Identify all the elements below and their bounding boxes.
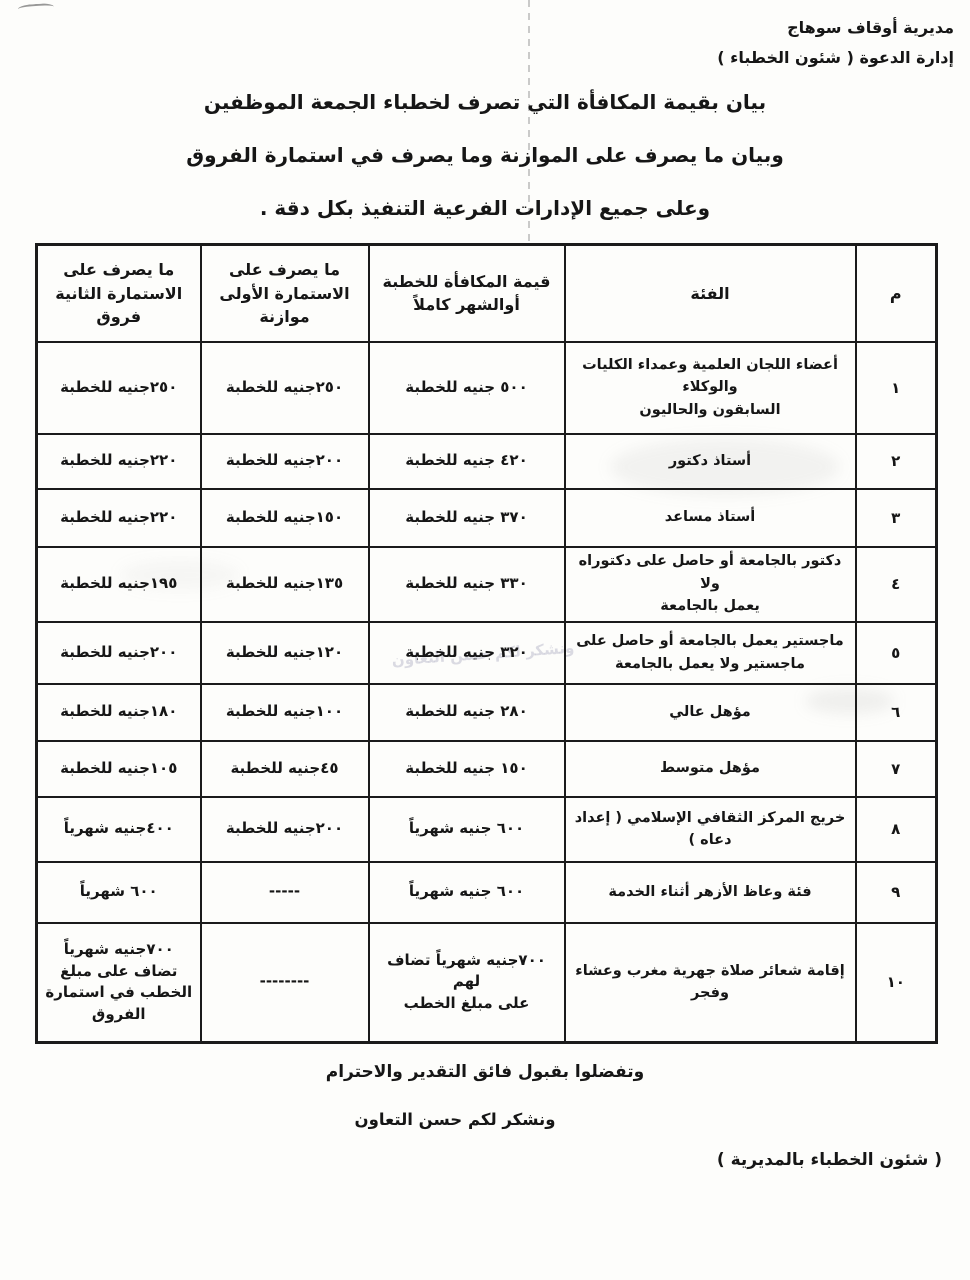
row-number-cell: ٢: [856, 434, 937, 489]
header-cell-first-form: ما يصرف على الاستمارة الأولى موازنة: [201, 245, 369, 342]
first-form-cell: ٢٠٠جنيه للخطبة: [201, 434, 369, 489]
header-cell-category: الفئة: [565, 245, 856, 342]
category-cell: أعضاء اللجان العلمية وعمداء الكليات والو…: [565, 342, 856, 434]
row-number-cell: ٥: [856, 622, 937, 684]
second-form-cell: ٦٠٠ شهرياً: [37, 862, 201, 923]
second-form-cell: ٧٠٠جنيه شهرياً تضاف على مبلغ الخطب في اس…: [37, 923, 201, 1043]
thanks-line: ونشكر لكم حسن التعاون: [0, 1110, 910, 1129]
pen-mark: [18, 3, 55, 15]
directorate-name: مديرية أوقاف سوهاج: [717, 20, 954, 36]
second-form-cell: ١٨٠جنيه للخطبة: [37, 684, 201, 741]
value-cell: ٦٠٠ جنيه شهرياً: [369, 862, 565, 923]
category-cell: ماجستير يعمل بالجامعة أو حاصل على ماجستي…: [565, 622, 856, 684]
first-form-cell: ٤٥جنيه للخطبة: [201, 741, 369, 797]
title-line-2: وبيان ما يصرف على الموازنة وما يصرف في ا…: [0, 145, 970, 165]
table-row: ٤ دكتور بالجامعة أو حاصل على دكتوراه ولا…: [37, 547, 937, 622]
table-row: ٨ خريج المركز الثقافي الإسلامي ( إعداد د…: [37, 797, 937, 862]
value-cell: ١٥٠ جنيه للخطبة: [369, 741, 565, 797]
value-cell: ٢٨٠ جنيه للخطبة: [369, 684, 565, 741]
category-cell: أستاذ دكتور: [565, 434, 856, 489]
row-number-cell: ٦: [856, 684, 937, 741]
row-number-cell: ٤: [856, 547, 937, 622]
first-form-cell: ٢٠٠جنيه للخطبة: [201, 797, 369, 862]
value-cell: ٣٢٠ جنيه للخطبة: [369, 622, 565, 684]
table-row: ٩ فئة وعاظ الأزهر أثناء الخدمة ٦٠٠ جنيه …: [37, 862, 937, 923]
second-form-cell: ٢٠٠جنيه للخطبة: [37, 622, 201, 684]
title-line-1: بيان بقيمة المكافأة التي تصرف لخطباء الج…: [0, 92, 970, 112]
value-cell: ٣٣٠ جنيه للخطبة: [369, 547, 565, 622]
row-number-cell: ٨: [856, 797, 937, 862]
value-cell: ٣٧٠ جنيه للخطبة: [369, 489, 565, 547]
value-cell: ٧٠٠جنيه شهرياً تضاف لهم على مبلغ الخطب: [369, 923, 565, 1043]
table-row: ١٠ إقامة شعائر صلاة جهرية مغرب وعشاء وفج…: [37, 923, 937, 1043]
title-line-3: وعلى جميع الإدارات الفرعية التنفيذ بكل د…: [0, 198, 970, 218]
row-number-cell: ٩: [856, 862, 937, 923]
document-title: بيان بقيمة المكافأة التي تصرف لخطباء الج…: [0, 92, 970, 251]
scanned-document-page: مديرية أوقاف سوهاج إدارة الدعوة ( شئون ا…: [0, 0, 970, 1280]
second-form-cell: ٢٢٠جنيه للخطبة: [37, 434, 201, 489]
first-form-cell: ١٢٠جنيه للخطبة: [201, 622, 369, 684]
second-form-cell: ٤٠٠جنيه شهرياً: [37, 797, 201, 862]
value-cell: ٦٠٠ جنيه شهرياً: [369, 797, 565, 862]
category-cell: مؤهل عالي: [565, 684, 856, 741]
category-cell: أستاذ مساعد: [565, 489, 856, 547]
department-name: إدارة الدعوة ( شئون الخطباء ): [717, 50, 954, 66]
signature-department: ( شئون الخطباء بالمديرية ): [717, 1150, 942, 1170]
first-form-cell: -----: [201, 862, 369, 923]
table-row: ٥ ماجستير يعمل بالجامعة أو حاصل على ماجس…: [37, 622, 937, 684]
first-form-cell: ٢٥٠جنيه للخطبة: [201, 342, 369, 434]
first-form-cell: --------: [201, 923, 369, 1043]
second-form-cell: ٢٢٠جنيه للخطبة: [37, 489, 201, 547]
header-cell-value: قيمة المكافأة للخطبة أوالشهر كاملاً: [369, 245, 565, 342]
row-number-cell: ٧: [856, 741, 937, 797]
second-form-cell: ١٠٥جنيه للخطبة: [37, 741, 201, 797]
category-cell: إقامة شعائر صلاة جهرية مغرب وعشاء وفجر: [565, 923, 856, 1043]
letterhead: مديرية أوقاف سوهاج إدارة الدعوة ( شئون ا…: [717, 20, 954, 80]
row-number-cell: ١٠: [856, 923, 937, 1043]
table-header-row: م الفئة قيمة المكافأة للخطبة أوالشهر كام…: [37, 245, 937, 342]
header-cell-second-form: ما يصرف على الاستمارة الثانية فروق: [37, 245, 201, 342]
row-number-cell: ١: [856, 342, 937, 434]
table-row: ٧ مؤهل متوسط ١٥٠ جنيه للخطبة ٤٥جنيه للخط…: [37, 741, 937, 797]
remuneration-table: م الفئة قيمة المكافأة للخطبة أوالشهر كام…: [35, 243, 938, 1044]
first-form-cell: ١٠٠جنيه للخطبة: [201, 684, 369, 741]
category-cell: دكتور بالجامعة أو حاصل على دكتوراه ولا ي…: [565, 547, 856, 622]
category-cell: خريج المركز الثقافي الإسلامي ( إعداد دعا…: [565, 797, 856, 862]
closing-courtesy-line: وتفضلوا بقبول فائق التقدير والاحترام: [0, 1062, 970, 1082]
value-cell: ٤٢٠ جنيه للخطبة: [369, 434, 565, 489]
category-cell: مؤهل متوسط: [565, 741, 856, 797]
table-row: ٦ مؤهل عالي ٢٨٠ جنيه للخطبة ١٠٠جنيه للخط…: [37, 684, 937, 741]
table-row: ١ أعضاء اللجان العلمية وعمداء الكليات وا…: [37, 342, 937, 434]
second-form-cell: ١٩٥جنيه للخطبة: [37, 547, 201, 622]
row-number-cell: ٣: [856, 489, 937, 547]
first-form-cell: ١٥٠جنيه للخطبة: [201, 489, 369, 547]
table-row: ٢ أستاذ دكتور ٤٢٠ جنيه للخطبة ٢٠٠جنيه لل…: [37, 434, 937, 489]
value-cell: ٥٠٠ جنيه للخطبة: [369, 342, 565, 434]
header-cell-serial: م: [856, 245, 937, 342]
first-form-cell: ١٣٥جنيه للخطبة: [201, 547, 369, 622]
second-form-cell: ٢٥٠جنيه للخطبة: [37, 342, 201, 434]
table-row: ٣ أستاذ مساعد ٣٧٠ جنيه للخطبة ١٥٠جنيه لل…: [37, 489, 937, 547]
category-cell: فئة وعاظ الأزهر أثناء الخدمة: [565, 862, 856, 923]
